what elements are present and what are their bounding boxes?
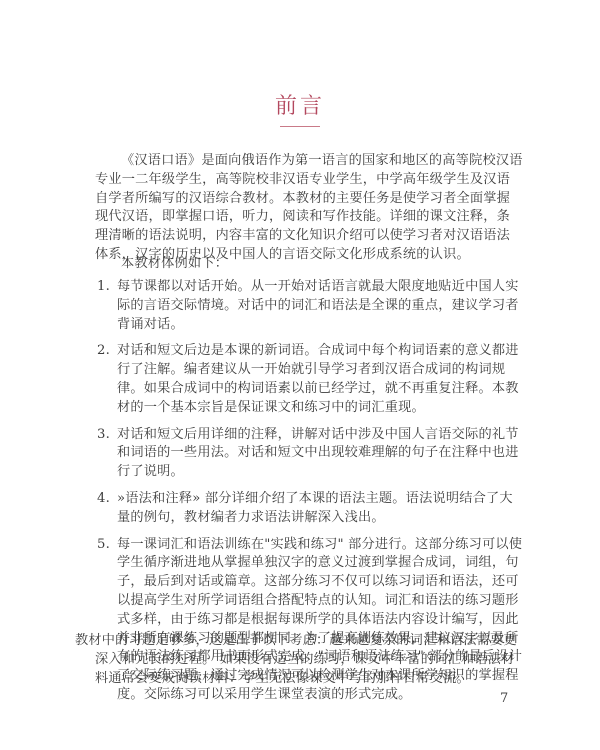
list-number: 5. bbox=[97, 536, 110, 555]
closing-paragraph: 教材中的习题足够多，这是出于以下考虑：越来越复杂的词汇和语法需要更深入和冗长的过… bbox=[75, 632, 525, 688]
page-number: 7 bbox=[500, 691, 508, 706]
list-number: 3. bbox=[97, 426, 110, 445]
list-item: 2. 对话和短文后边是本课的新词语。合成词中每个构词语素的意义都进行了注解。编者… bbox=[97, 342, 525, 417]
list-item-text: 对话和短文后边是本课的新词语。合成词中每个构词语素的意义都进行了注解。编者建议从… bbox=[117, 343, 519, 414]
list-item-text: 每节课都以对话开始。从一开始对话语言就最大限度地贴近中国人实际的言语交际情境。对… bbox=[117, 279, 519, 332]
list-item: 3. 对话和短文后用详细的注释，讲解对话中涉及中国人言语交际的礼节和词语的一些用… bbox=[97, 426, 525, 482]
title-underline bbox=[280, 126, 320, 127]
list-item: 1. 每节课都以对话开始。从一开始对话语言就最大限度地贴近中国人实际的言语交际情… bbox=[97, 278, 525, 334]
list-item-text: »语法和注释» 部分详细介绍了本课的语法主题。语法说明结合了大量的例句，教材编者… bbox=[117, 490, 525, 528]
list-number: 1. bbox=[97, 278, 110, 297]
list-number: 2. bbox=[97, 342, 110, 361]
list-number: 4. bbox=[97, 490, 110, 509]
book-page: 前言 《汉语口语》是面向俄语作为第一语言的国家和地区的高等院校汉语专业一二年级学… bbox=[0, 0, 600, 750]
intro-paragraph: 《汉语口语》是面向俄语作为第一语言的国家和地区的高等院校汉语专业一二年级学生，高… bbox=[95, 152, 523, 265]
page-title: 前言 bbox=[0, 92, 600, 122]
list-item: 4. »语法和注释» 部分详细介绍了本课的语法主题。语法说明结合了大量的例句，教… bbox=[97, 490, 525, 528]
lead-line: 本教材体例如下： bbox=[121, 255, 521, 274]
list-item-text: 对话和短文后用详细的注释，讲解对话中涉及中国人言语交际的礼节和词语的一些用法。对… bbox=[117, 427, 519, 480]
